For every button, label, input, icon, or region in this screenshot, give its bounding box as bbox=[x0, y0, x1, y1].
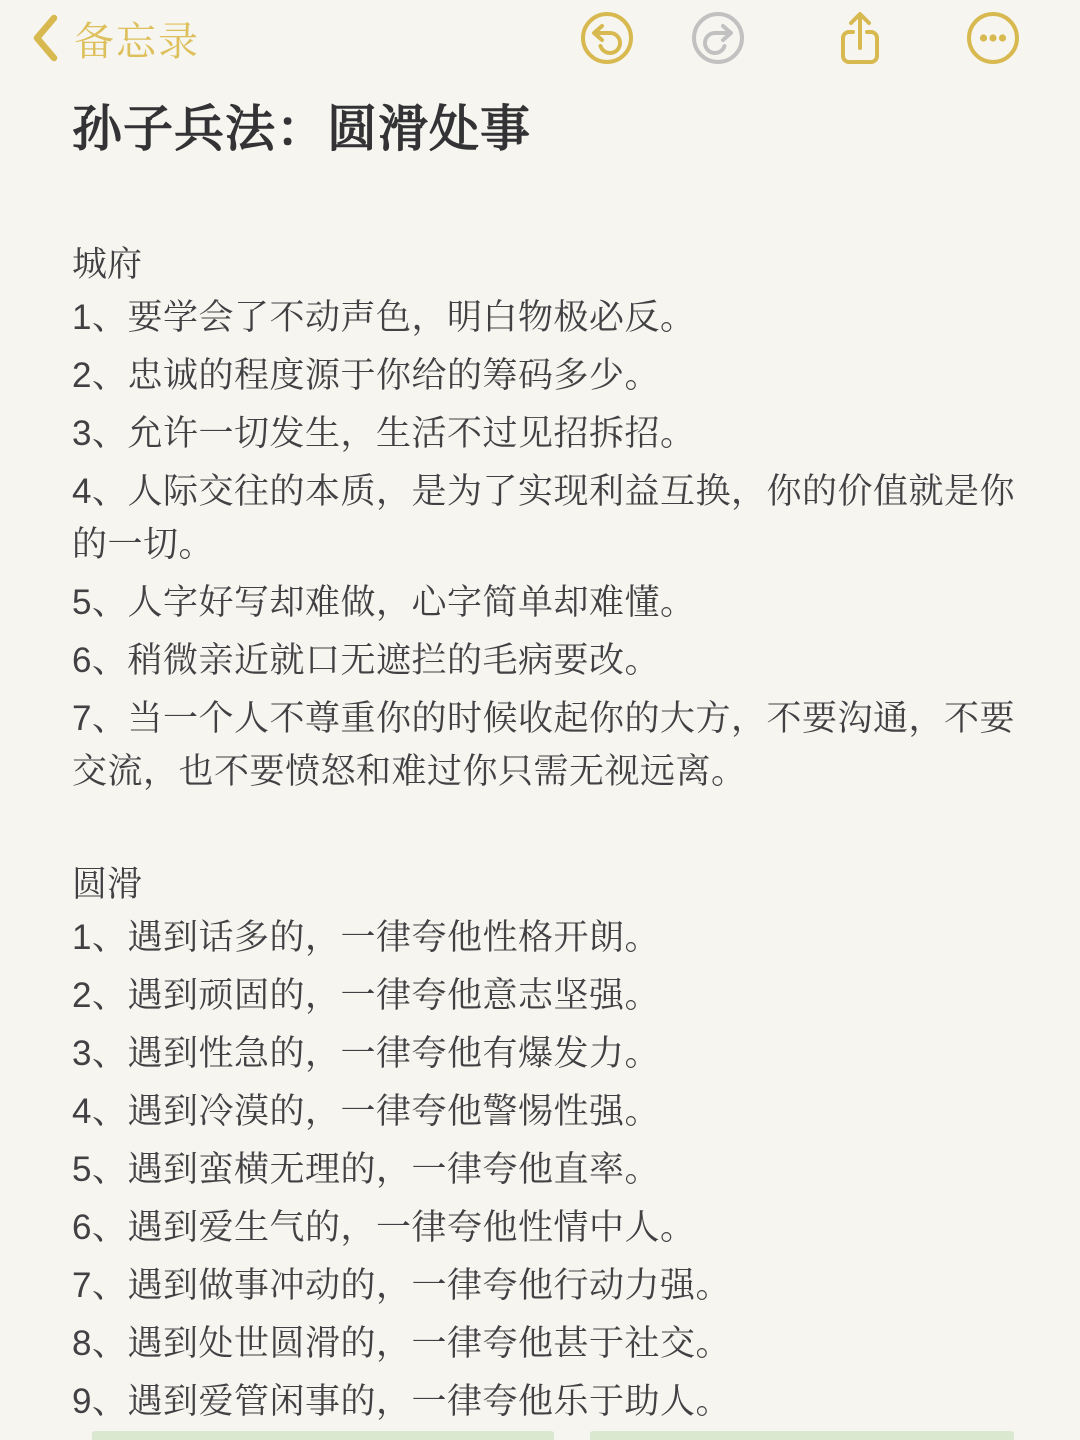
highlight-strip bbox=[92, 1431, 554, 1440]
list-item: 2、遇到顽固的，一律夸他意志坚强。 bbox=[72, 969, 1022, 1022]
list-item: 7、遇到做事冲动的，一律夸他行动力强。 bbox=[72, 1259, 1022, 1312]
list-item: 6、稍微亲近就口无遮拦的毛病要改。 bbox=[72, 634, 1022, 687]
redo-icon bbox=[690, 10, 746, 66]
note-title: 孙子兵法：圆滑处事 bbox=[72, 100, 1022, 158]
back-button-label: 备忘录 bbox=[74, 10, 200, 67]
undo-icon bbox=[579, 10, 635, 66]
list-item: 5、遇到蛮横无理的，一律夸他直率。 bbox=[72, 1143, 1022, 1196]
list-item: 6、遇到爱生气的，一律夸他性情中人。 bbox=[72, 1201, 1022, 1254]
note-content[interactable]: 孙子兵法：圆滑处事 城府 1、要学会了不动声色，明白物极必反。 2、忠诚的程度源… bbox=[0, 100, 1080, 1428]
highlight-strip bbox=[590, 1431, 1014, 1440]
list-item: 9、遇到爱管闲事的，一律夸他乐于助人。 bbox=[72, 1375, 1022, 1428]
section-yuanhua: 圆滑 1、遇到话多的，一律夸他性格开朗。 2、遇到顽固的，一律夸他意志坚强。 3… bbox=[72, 858, 1022, 1428]
list-item: 1、遇到话多的，一律夸他性格开朗。 bbox=[72, 911, 1022, 964]
redo-button[interactable] bbox=[690, 10, 746, 66]
undo-button[interactable] bbox=[579, 10, 635, 66]
more-button[interactable] bbox=[965, 10, 1021, 66]
list-item: 3、遇到性急的，一律夸他有爆发力。 bbox=[72, 1027, 1022, 1080]
section-heading: 圆滑 bbox=[72, 858, 1022, 911]
list-item: 8、遇到处世圆滑的，一律夸他甚于社交。 bbox=[72, 1317, 1022, 1370]
list-item: 4、遇到冷漠的，一律夸他警惕性强。 bbox=[72, 1085, 1022, 1138]
ellipsis-icon bbox=[965, 10, 1021, 66]
section-chengfu: 城府 1、要学会了不动声色，明白物极必反。 2、忠诚的程度源于你给的筹码多少。 … bbox=[72, 238, 1022, 798]
notes-app-screen: 备忘录 bbox=[0, 0, 1080, 1440]
next-line-highlight-cutoff bbox=[0, 1430, 1080, 1440]
back-button[interactable]: 备忘录 bbox=[30, 10, 200, 67]
list-item: 3、允许一切发生，生活不过见招拆招。 bbox=[72, 407, 1022, 460]
share-button[interactable] bbox=[832, 10, 888, 66]
back-chevron-icon bbox=[30, 12, 60, 64]
list-item: 7、当一个人不尊重你的时候收起你的大方，不要沟通，不要交流，也不要愤怒和难过你只… bbox=[72, 692, 1022, 798]
nav-actions bbox=[579, 10, 1021, 66]
share-icon bbox=[832, 8, 888, 68]
list-item: 1、要学会了不动声色，明白物极必反。 bbox=[72, 291, 1022, 344]
list-item: 4、人际交往的本质，是为了实现利益互换，你的价值就是你的一切。 bbox=[72, 465, 1022, 571]
list-item: 5、人字好写却难做，心字简单却难懂。 bbox=[72, 576, 1022, 629]
navbar: 备忘录 bbox=[0, 0, 1080, 70]
section-heading: 城府 bbox=[72, 238, 1022, 291]
list-item: 2、忠诚的程度源于你给的筹码多少。 bbox=[72, 349, 1022, 402]
